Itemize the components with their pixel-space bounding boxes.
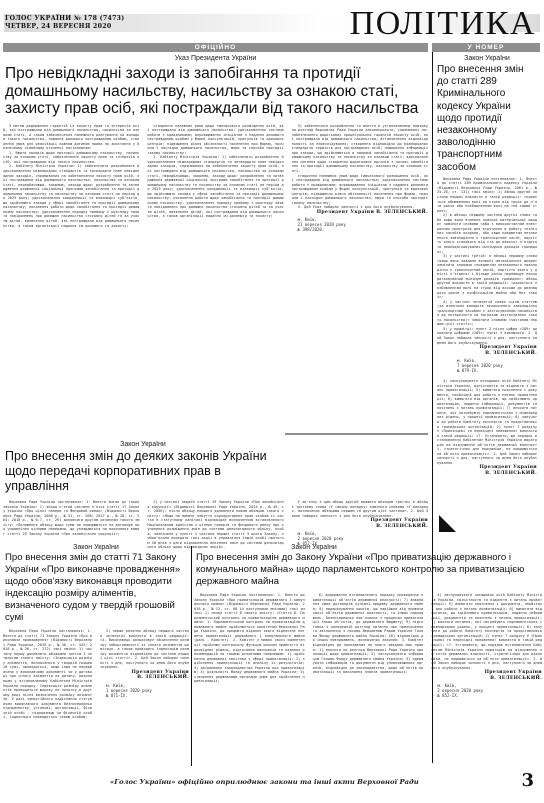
article-headline: Про невідкладні заходи із запобігання та…: [3, 65, 428, 118]
paragraph: 6) додержання встановленого порядку пров…: [313, 593, 424, 675]
article-body-continued: 4) заслуховувати посадових осіб Кабінету…: [437, 379, 537, 599]
paragraph: У зв'язку з цим абзац другий вважати абз…: [292, 500, 428, 518]
signature-name: В. ЗЕЛЕНСЬКИЙ.: [437, 351, 537, 357]
paragraph: 2) в абзаці першому частини другої слова…: [437, 213, 537, 254]
document-number: № 398/2020.: [298, 227, 428, 232]
document-number: № 871-IX.: [106, 693, 189, 698]
paragraph: Верховна Рада України постановляє: 1. Вн…: [194, 593, 305, 684]
article-headline: Про внесення змін до статті 71 Закону Ук…: [3, 552, 189, 624]
footer-slogan: «Голос України» офіційно оприлюднює зако…: [110, 778, 419, 786]
paragraph: Верховна Рада України постановляє: 1. Вн…: [3, 629, 92, 720]
masthead: ГОЛОС УКРАЇНИ № 178 (7473) ЧЕТВЕР, 24 ВЕ…: [0, 0, 544, 42]
page-number: 3: [521, 770, 534, 791]
paragraph: 5) у примітці: пункт 2 після цифри «289»…: [437, 327, 537, 345]
paragraph: Верховна Рада України постановляє: 1. Вн…: [437, 177, 537, 213]
official-bar: ОФІЦІЙНО: [3, 43, 428, 52]
article-kicker: Закон України: [437, 54, 537, 63]
paragraph: 4) заслуховувати посадових осіб Кабінету…: [437, 379, 537, 465]
sidebar-bar: У НОМЕР: [432, 43, 540, 52]
signature-name: В. ЗЕЛЕНСЬКИЙ.: [292, 524, 428, 530]
sidebar-in-this-issue: У НОМЕР Закон України Про внесення змін …: [432, 43, 540, 763]
paragraph: 2) перше речення абзацу першого частини …: [100, 629, 189, 670]
paragraph: З метою додержання гарантій із захисту п…: [3, 124, 139, 151]
section-title: ПОЛІТИКА: [350, 7, 536, 41]
paragraph: 2. Кабінету Міністрів України: 1) забезп…: [147, 155, 283, 219]
issue-number: ГОЛОС УКРАЇНИ № 178 (7473): [5, 15, 125, 23]
divider: [285, 433, 428, 435]
page-fold-corner: [439, 515, 456, 532]
paragraph: створення належних умов щодо тимчасового…: [292, 174, 428, 206]
paragraph: Верховна Рада України постановляє: 1. Вн…: [3, 500, 139, 536]
footer: «Голос України» офіційно оприлюднює зако…: [0, 770, 544, 800]
signing-place-date: м. Київ, 21 вересня 2020 року № 398/2020…: [292, 217, 428, 232]
paragraph: 3) у частині третій: в абзаці першому сл…: [437, 254, 537, 299]
article-headline: Про внесення змін до деяких законів Укра…: [3, 449, 283, 494]
article-kicker: Указ Президента України: [3, 54, 428, 63]
signature-name: В. ЗЕЛЕНСЬКИЙ.: [437, 471, 537, 477]
column-divider: [191, 546, 192, 766]
article-body: З метою додержання гарантій із захисту п…: [3, 124, 428, 407]
article-enforcement-law: Закон України Про внесення змін до статт…: [3, 543, 189, 789]
article-headline: Про внесення змін до статті 289 Кримінал…: [437, 64, 537, 174]
article-kicker: Закон України: [194, 543, 434, 552]
article-body: Верховна Рада України постановляє: 1. Вн…: [3, 629, 189, 789]
article-presidential-decree: Указ Президента України Про невідкладні …: [3, 54, 428, 407]
paragraph: 1. Вжити заходів щодо протидії домашньом…: [3, 151, 139, 165]
paragraph: створення належних умов щодо тимчасового…: [147, 124, 283, 156]
paragraph: 4) у частині четвертій слова «цією статт…: [437, 300, 537, 327]
paragraph: 2. Кабінету Міністрів України: 1) забезп…: [3, 164, 139, 228]
signature-name: В. ЗЕЛЕНСЬКИЙ.: [100, 675, 189, 681]
paragraph: 3) забезпечити розроблення та внести в у…: [292, 124, 428, 174]
issue-date: ЧЕТВЕР, 24 ВЕРЕСНЯ 2020: [5, 23, 125, 31]
article-kicker: Закон України: [3, 440, 283, 449]
signature: Президент України В. ЗЕЛЕНСЬКИЙ.: [292, 210, 428, 216]
article-kicker: Закон України: [3, 543, 189, 552]
document-number: № 879-IX.: [457, 368, 537, 373]
signing-place-date: м. Київ, 1 вересня 2020 року № 871-IX.: [100, 683, 189, 698]
signing-place-date: м. Київ, 7 вересня 2020 року № 879-IX.: [437, 358, 537, 373]
issue-info: ГОЛОС УКРАЇНИ № 178 (7473) ЧЕТВЕР, 24 ВЕ…: [5, 15, 125, 30]
article-body: Верховна Рада України постановляє: 1. Вн…: [437, 177, 537, 345]
